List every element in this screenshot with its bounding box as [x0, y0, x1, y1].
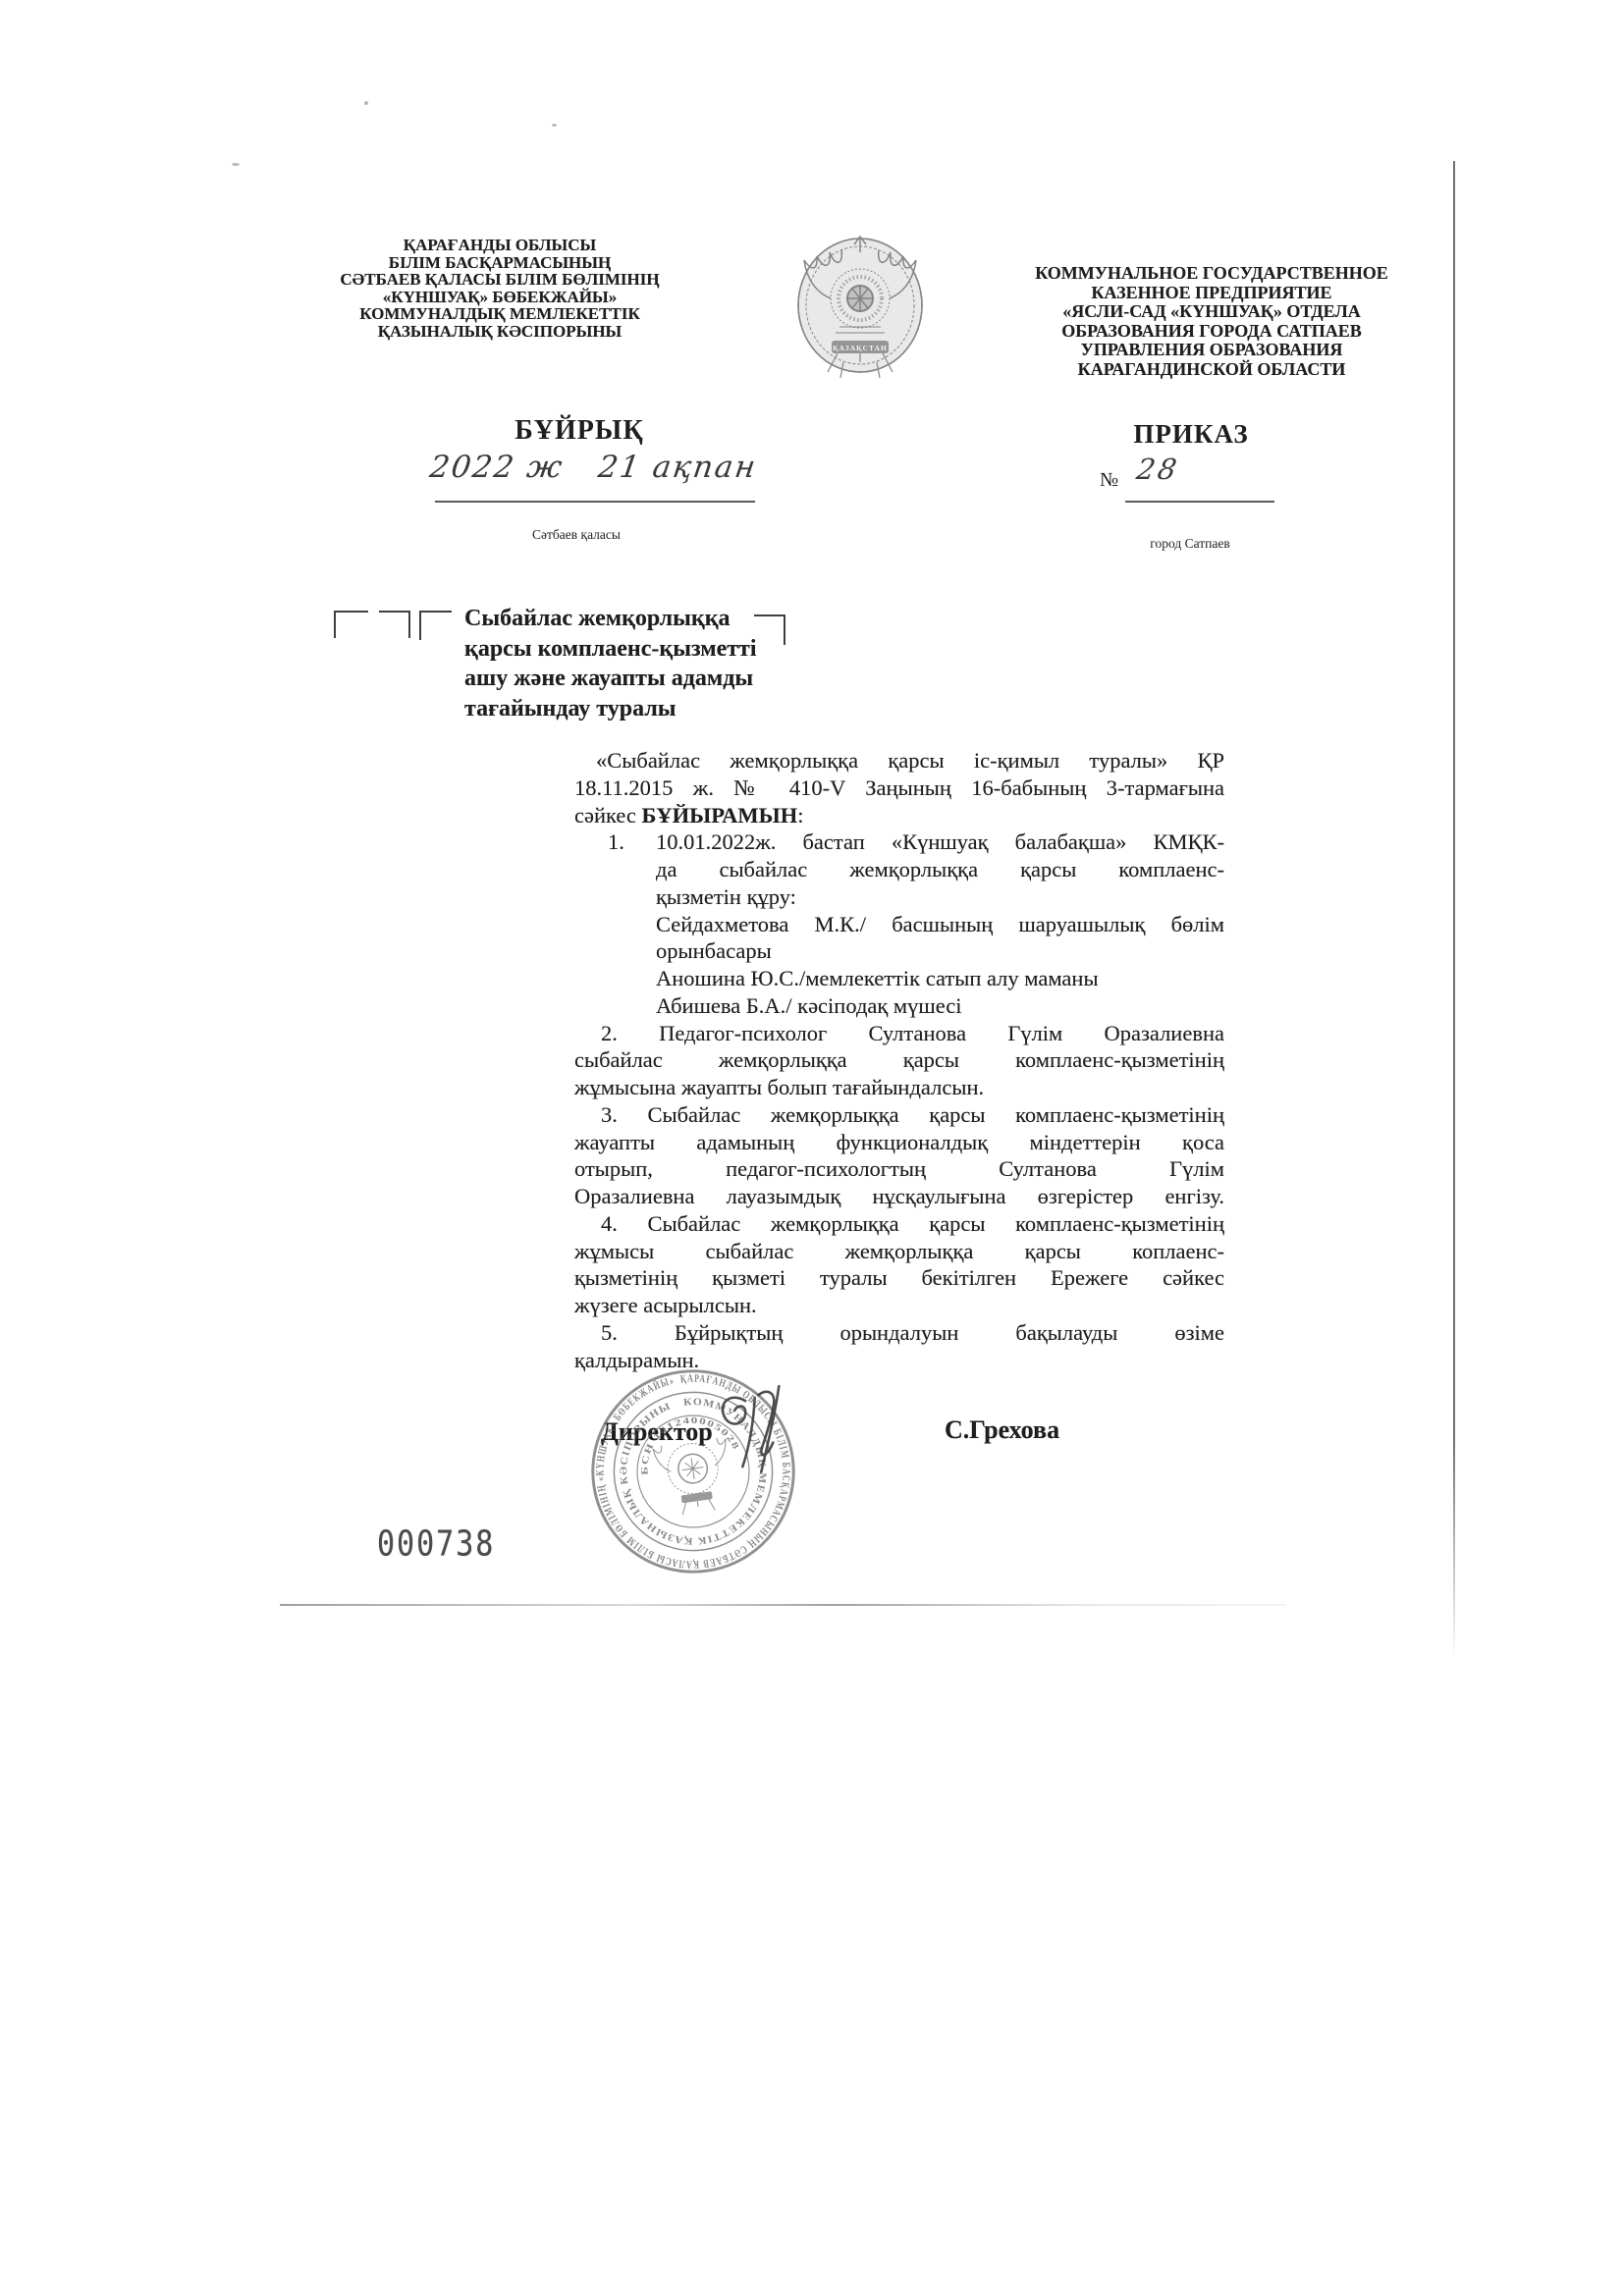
- page-edge-bottom: [280, 1604, 1286, 1606]
- body-text-span: отырып, педагог-психологтың Султанова Гү…: [574, 1156, 1224, 1181]
- number-underline: [1125, 501, 1274, 503]
- corner-mark: [419, 611, 452, 640]
- page-edge-right: [1453, 161, 1455, 1661]
- org-name-kk-block: ҚАРАҒАНДЫ ОБЛЫСЫБІЛІМ БАСҚАРМАСЫНЫҢСӘТБА…: [298, 237, 702, 340]
- org-name-line: «ЯСЛИ-САД «КҮНШУАҚ» ОТДЕЛА: [990, 302, 1434, 322]
- body-text-span: жұмысына жауапты болып тағайындалсын.: [574, 1075, 984, 1099]
- corner-mark: [334, 611, 368, 638]
- body-line: 3. Сыбайлас жемқорлыққа қарсы комплаенс-…: [574, 1101, 1224, 1129]
- org-name-line: КОММУНАЛДЫҚ МЕМЛЕКЕТТІК: [298, 305, 702, 323]
- body-text-span: Аношина Ю.С./мемлекеттік сатып алу маман…: [656, 966, 1099, 990]
- body-text-span: :: [797, 803, 803, 828]
- body-text-span: Сейдахметова М.К./ басшының шаруашылық б…: [656, 912, 1224, 936]
- org-name-line: ҚАЗЫНАЛЫҚ КӘСІПОРЫНЫ: [298, 323, 702, 341]
- subject-block: Сыбайлас жемқорлыққақарсы комплаенс-қызм…: [464, 604, 828, 723]
- emblem-banner-text: ҚАЗАҚСТАН: [833, 344, 888, 352]
- body-text-bold: БҰЙЫРАМЫН: [642, 803, 798, 828]
- body-text-span: Абишева Б.А./ кәсіподақ мүшесі: [656, 993, 962, 1018]
- order-place-ru: город Сатпаев: [1102, 536, 1278, 552]
- body-line: Аношина Ю.С./мемлекеттік сатып алу маман…: [574, 965, 1224, 992]
- body-text-span: да сыбайлас жемқорлыққа қарсы комплаенс-: [656, 857, 1224, 881]
- org-name-line: ҚАРАҒАНДЫ ОБЛЫСЫ: [298, 237, 702, 254]
- body-text-span: сәйкес: [574, 803, 642, 828]
- body-text-span: орынбасары: [656, 938, 772, 963]
- body-line: орынбасары: [574, 937, 1224, 965]
- body-text-span: «Сыбайлас жемқорлыққа қарсы іс-қимыл тур…: [596, 748, 1224, 773]
- date-underline: [435, 501, 755, 503]
- org-name-line: СӘТБАЕВ ҚАЛАСЫ БІЛІМ БӨЛІМІНІҢ: [298, 271, 702, 289]
- body-line: да сыбайлас жемқорлыққа қарсы комплаенс-: [574, 856, 1224, 883]
- body-line: қызметінің қызметі туралы бекітілген Ере…: [574, 1264, 1224, 1292]
- body-line: жұмысы сыбайлас жемқорлыққа қарсы коплае…: [574, 1238, 1224, 1265]
- org-name-line: «КҮНШУАҚ» БӨБЕКЖАЙЫ»: [298, 289, 702, 306]
- signature-stroke-icon: [703, 1380, 809, 1490]
- body-text-span: жұмысы сыбайлас жемқорлыққа қарсы коплае…: [574, 1239, 1224, 1263]
- order-title-ru: ПРИКАЗ: [1058, 419, 1324, 450]
- body-line: 4. Сыбайлас жемқорлыққа қарсы комплаенс-…: [574, 1210, 1224, 1238]
- body-line: Сейдахметова М.К./ басшының шаруашылық б…: [574, 911, 1224, 938]
- corner-mark: [379, 611, 410, 638]
- scan-artifact: [552, 124, 557, 127]
- signature-name: С.Грехова: [945, 1415, 1059, 1445]
- order-title-kk: БҰЙРЫҚ: [447, 415, 712, 447]
- order-date-handwritten: 2022 ж 21 ақпан: [427, 450, 759, 485]
- body-line: «Сыбайлас жемқорлыққа қарсы іс-қимыл тур…: [574, 747, 1224, 774]
- body-text-span: 4. Сыбайлас жемқорлыққа қарсы комплаенс-…: [601, 1211, 1224, 1236]
- body-line: сыбайлас жемқорлыққа қарсы комплаенс-қыз…: [574, 1046, 1224, 1074]
- org-name-line: КОММУНАЛЬНОЕ ГОСУДАРСТВЕННОЕ: [990, 264, 1434, 284]
- org-name-ru-block: КОММУНАЛЬНОЕ ГОСУДАРСТВЕННОЕКАЗЕННОЕ ПРЕ…: [990, 264, 1434, 379]
- body-text-span: 10.01.2022ж. бастап «Күншуақ балабақша» …: [656, 829, 1224, 854]
- body-text-span: сыбайлас жемқорлыққа қарсы комплаенс-қыз…: [574, 1047, 1224, 1072]
- subject-line: тағайындау туралы: [464, 694, 828, 724]
- body-text-span: 3. Сыбайлас жемқорлыққа қарсы комплаенс-…: [601, 1102, 1224, 1127]
- registration-number-stamp: 000738: [377, 1523, 495, 1565]
- body-line: Абишева Б.А./ кәсіподақ мүшесі: [574, 992, 1224, 1020]
- body-line: 2. Педагог-психолог Султанова Гүлім Ораз…: [574, 1020, 1224, 1047]
- body-text: «Сыбайлас жемқорлыққа қарсы іс-қимыл тур…: [574, 747, 1224, 1373]
- scan-artifact: [364, 101, 368, 105]
- subject-line: Сыбайлас жемқорлыққа: [464, 604, 828, 634]
- body-line: жауапты адамының функционалдық міндеттер…: [574, 1129, 1224, 1156]
- body-line: қызметін құру:: [574, 883, 1224, 911]
- body-line: сәйкес БҰЙЫРАМЫН:: [574, 802, 1224, 829]
- body-text-span: қызметінің қызметі туралы бекітілген Ере…: [574, 1265, 1224, 1290]
- body-text-span: 2. Педагог-психолог Султанова Гүлім Ораз…: [601, 1021, 1224, 1045]
- body-line: 5. Бұйрықтың орындалуын бақылауды өзіме: [574, 1319, 1224, 1347]
- page: { "document": { "header_left": { "lines"…: [0, 0, 1624, 2296]
- org-name-line: БІЛІМ БАСҚАРМАСЫНЫҢ: [298, 254, 702, 272]
- state-emblem-icon: ҚАЗАҚСТАН: [785, 225, 937, 401]
- body-text-span: 18.11.2015 ж. № 410-V Заңының 16-бабының…: [574, 775, 1224, 800]
- body-line: Оразалиевна лауазымдық нұсқаулығына өзге…: [574, 1183, 1224, 1210]
- body-text-span: жүзеге асырылсын.: [574, 1293, 757, 1317]
- body-line: жүзеге асырылсын.: [574, 1292, 1224, 1319]
- body-line: 1.10.01.2022ж. бастап «Күншуақ балабақша…: [574, 828, 1224, 856]
- order-number-handwritten: 28: [1134, 453, 1182, 486]
- subject-line: қарсы комплаенс-қызметті: [464, 634, 828, 665]
- scan-artifact: [232, 163, 240, 166]
- body-text-span: 5. Бұйрықтың орындалуын бақылауды өзіме: [601, 1320, 1224, 1345]
- subject-line: ашу және жауапты адамды: [464, 664, 828, 694]
- body-line: 18.11.2015 ж. № 410-V Заңының 16-бабының…: [574, 774, 1224, 802]
- org-name-line: УПРАВЛЕНИЯ ОБРАЗОВАНИЯ: [990, 341, 1434, 360]
- body-line: жұмысына жауапты болып тағайындалсын.: [574, 1074, 1224, 1101]
- order-number-label: №: [1100, 469, 1118, 492]
- body-text-span: жауапты адамының функционалдық міндеттер…: [574, 1130, 1224, 1154]
- org-name-line: КАРАГАНДИНСКОЙ ОБЛАСТИ: [990, 360, 1434, 380]
- list-number: 1.: [608, 828, 624, 856]
- order-place-kk: Сәтбаев қаласы: [483, 527, 670, 543]
- body-text-span: қызметін құру:: [656, 884, 796, 909]
- org-name-line: КАЗЕННОЕ ПРЕДПРИЯТИЕ: [990, 284, 1434, 303]
- org-name-line: ОБРАЗОВАНИЯ ГОРОДА САТПАЕВ: [990, 322, 1434, 342]
- body-line: отырып, педагог-психологтың Султанова Гү…: [574, 1155, 1224, 1183]
- body-text-span: Оразалиевна лауазымдық нұсқаулығына өзге…: [574, 1184, 1224, 1208]
